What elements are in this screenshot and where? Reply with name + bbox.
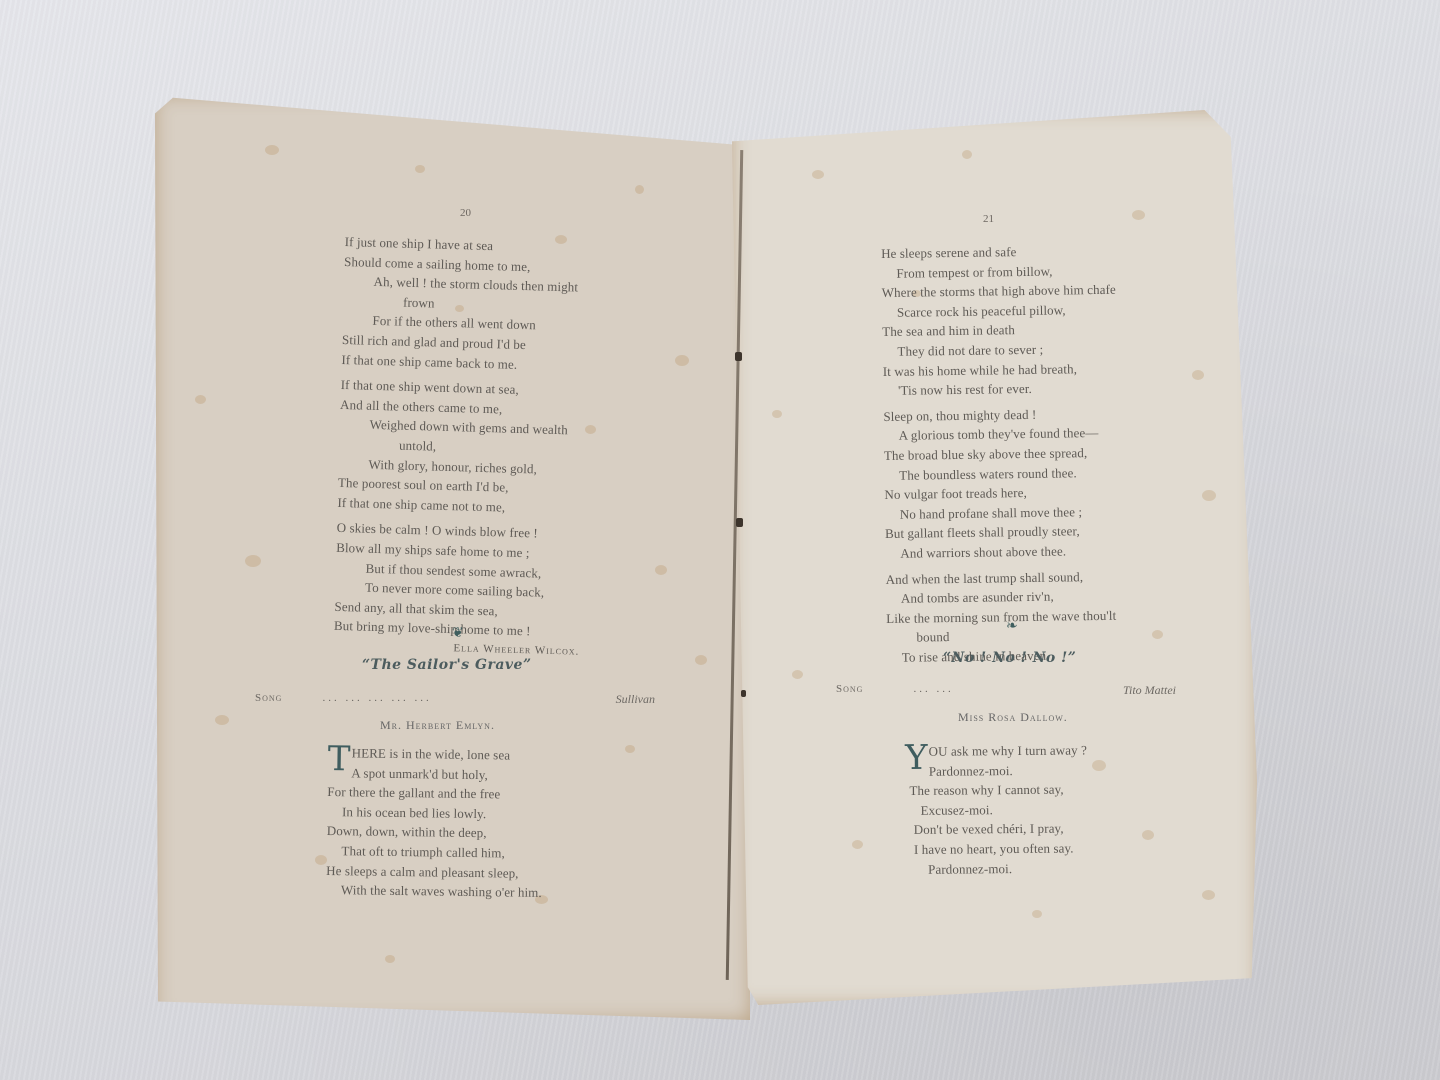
lyric-line: The reason why I cannot say, <box>905 780 1073 801</box>
binding-staple-hole <box>741 690 746 697</box>
song-title-sailors-grave: “The Sailor's Grave” <box>362 657 532 673</box>
lyric-line: I have no heart, you often say. <box>906 839 1074 860</box>
binding-staple-hole <box>735 352 742 361</box>
drop-cap: T <box>328 745 351 773</box>
composer-name: Tito Mattei <box>1123 683 1176 698</box>
lyric-line: And warriors shout above thee. <box>885 541 1119 564</box>
poem-ships: If just one ship I have at sea Should co… <box>333 232 591 662</box>
lyric-line: Pardonnez-moi. <box>905 760 1073 781</box>
performer-name: Mr. Herbert Emlyn. <box>380 718 495 733</box>
song-title-no-no-no: “No ! No ! No !” <box>943 650 1076 666</box>
lyric-line: Excusez-moi. <box>906 799 1074 820</box>
dot-leader: ... ... <box>913 683 1123 698</box>
page-number-right: 21 <box>983 213 994 225</box>
lyric-line: 'Tis now his rest for ever. <box>883 378 1117 401</box>
drop-cap: Y <box>905 744 928 772</box>
fleuron-ornament-icon: ❧ <box>1006 618 1018 635</box>
song-credit-row: Song ... ... ... ... ... Sullivan <box>255 692 655 707</box>
lyric-line: HERE is in the wide, lone sea <box>328 743 544 766</box>
song-label: Song <box>255 692 282 707</box>
fleuron-ornament-icon: ❦ <box>452 625 464 642</box>
lyric-line: Like the morning sun from the wave thou'… <box>886 605 1120 628</box>
lyric-line: Don't be vexed chéri, I pray, <box>906 819 1074 840</box>
lyrics-sailors-grave: T HERE is in the wide, lone sea A spot u… <box>326 743 544 903</box>
page-number-left: 20 <box>460 207 471 219</box>
lyric-line: Pardonnez-moi. <box>906 858 1074 879</box>
lyric-line: For there the gallant and the free <box>327 782 543 805</box>
lyric-line: That oft to triumph called him, <box>326 841 542 864</box>
lyric-line: With the salt waves washing o'er him. <box>326 880 542 903</box>
lyrics-no-no-no: Y OU ask me why I turn away ? Pardonnez-… <box>905 741 1074 880</box>
song-label: Song <box>836 683 863 698</box>
dot-leader: ... ... ... ... ... <box>322 692 615 707</box>
lyric-line: The broad blue sky above thee spread, <box>884 443 1118 466</box>
binding-staple-hole <box>736 518 743 527</box>
song-credit-row: Song ... ... Tito Mattei <box>836 683 1176 698</box>
lyric-line: OU ask me why I turn away ? <box>905 741 1073 762</box>
lyrics-sailors-grave-cont: He sleeps serene and safe From tempest o… <box>881 241 1121 668</box>
performer-name: Miss Rosa Dallow. <box>958 710 1068 725</box>
composer-name: Sullivan <box>616 692 655 707</box>
lyric-line: Where the storms that high above him cha… <box>882 280 1116 303</box>
